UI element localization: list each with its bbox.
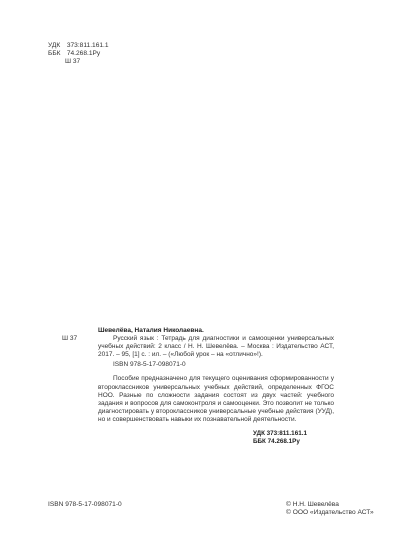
udk-value: 373:811.161.1 xyxy=(67,42,109,50)
author-heading: Шевелёва, Наталия Николаевна. xyxy=(98,327,334,335)
record-isbn: ISBN 978-5-17-098071-0 xyxy=(98,361,334,369)
annotation: Пособие предназначено для текущего оцени… xyxy=(98,375,334,424)
record-udk: УДК 373:811.161.1 xyxy=(253,430,307,438)
record-bbk: ББК 74.268.1Ру xyxy=(253,438,300,446)
udk-row: УДК 373:811.161.1 xyxy=(48,42,109,50)
bbk-label: ББК xyxy=(48,50,65,58)
copyright-author: © Н.Н. Шевелёва xyxy=(286,501,374,509)
bibliographic-record: Шевелёва, Наталия Николаевна. Русский яз… xyxy=(98,327,334,424)
bbk-row: ББК 74.268.1Ру xyxy=(48,50,100,58)
book-description: Русский язык : Тетрадь для диагностики и… xyxy=(98,335,334,359)
copyright-publisher: © ООО «Издательство АСТ» xyxy=(286,509,374,517)
document-page: УДК 373:811.161.1 ББК 74.268.1Ру Ш 37 Ш … xyxy=(0,0,416,543)
shelf-mark: Ш 37 xyxy=(62,335,77,343)
shelf-mark-top: Ш 37 xyxy=(65,58,80,66)
copyright-block: © Н.Н. Шевелёва © ООО «Издательство АСТ» xyxy=(286,501,374,517)
udk-label: УДК xyxy=(48,42,65,50)
bbk-value: 74.268.1Ру xyxy=(67,50,100,58)
footer-isbn: ISBN 978-5-17-098071-0 xyxy=(48,501,122,509)
